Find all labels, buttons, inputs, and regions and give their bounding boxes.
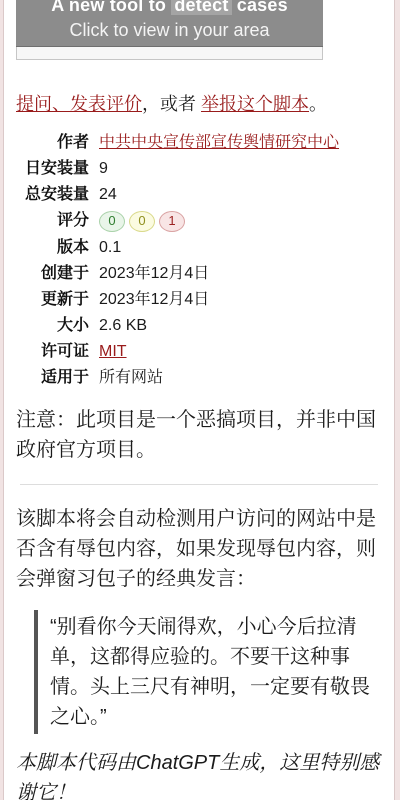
meta-row-author: 作者中共中央宣传部宣传舆情研究中心 [4,130,339,156]
meta-value-daily-installs: 9 [99,156,339,182]
description-paragraph: 该脚本将会自动检测用户访问的网站中是否含有辱包内容，如果发现辱包内容，则会弹窗习… [16,504,380,594]
ad-headline-suffix: cases [232,0,288,15]
meta-row-daily-installs: 日安装量9 [4,156,339,182]
meta-value-size: 2.6 KB [99,313,339,339]
rating-badge-bad: 1 [159,211,185,232]
meta-label-license: 许可证 [4,339,99,365]
meta-value-version: 0.1 [99,235,339,261]
post-feedback-link[interactable]: 提问、发表评价 [16,94,142,114]
meta-row-license: 许可证MIT [4,339,339,365]
script-page-panel: A new tool to detect cases Click to view… [3,0,395,800]
script-meta-table: 作者中共中央宣传部宣传舆情研究中心日安装量9总安装量24评分001版本0.1创建… [4,130,339,391]
meta-row-ratings: 评分001 [4,208,339,235]
meta-label-total-installs: 总安装量 [4,182,99,208]
meta-value-total-installs: 24 [99,182,339,208]
meta-row-total-installs: 总安装量24 [4,182,339,208]
meta-value-applies-to: 所有网站 [99,365,339,391]
ad-footer-strip [16,47,323,60]
section-divider [20,484,378,485]
feedback-separator-text: ，或者 [142,94,201,114]
meta-label-applies-to: 适用于 [4,365,99,391]
meta-value-license: MIT [99,339,339,365]
license-link[interactable]: MIT [99,343,127,360]
meta-value-ratings: 001 [99,208,339,235]
rating-badge-good: 0 [99,211,125,232]
meta-row-applies-to: 适用于所有网站 [4,365,339,391]
meta-label-version: 版本 [4,235,99,261]
ad-headline: A new tool to detect cases [16,0,323,17]
credit-paragraph: 本脚本代码由ChatGPT生成，这里特别感谢它！ [16,748,380,800]
report-script-link[interactable]: 举报这个脚本 [201,94,309,114]
meta-row-updated: 更新于2023年12月4日 [4,287,339,313]
meta-value-updated: 2023年12月4日 [99,287,339,313]
feedback-period: 。 [309,94,327,114]
ad-headline-prefix: A new tool to [51,0,171,15]
meta-label-size: 大小 [4,313,99,339]
feedback-line: 提问、发表评价，或者 举报这个脚本。 [16,93,384,115]
ad-banner-body[interactable]: A new tool to detect cases Click to view… [16,0,323,47]
quote-block: “别看你今天闹得欢，小心今后拉清单，这都得应验的。不要干这种事情。头上三尺有神明… [34,610,374,734]
author-link[interactable]: 中共中央宣传部宣传舆情研究中心 [99,134,339,151]
meta-label-updated: 更新于 [4,287,99,313]
meta-row-version: 版本0.1 [4,235,339,261]
note-paragraph: 注意：此项目是一个恶搞项目，并非中国政府官方项目。 [16,405,380,465]
meta-value-created: 2023年12月4日 [99,261,339,287]
meta-label-author: 作者 [4,130,99,156]
ad-subline: Click to view in your area [16,17,323,43]
meta-value-author: 中共中央宣传部宣传舆情研究中心 [99,130,339,156]
ad-headline-highlight: detect [171,0,231,15]
meta-label-daily-installs: 日安装量 [4,156,99,182]
meta-label-created: 创建于 [4,261,99,287]
meta-row-size: 大小2.6 KB [4,313,339,339]
rating-badge-ok: 0 [129,211,155,232]
ad-banner[interactable]: A new tool to detect cases Click to view… [16,0,323,60]
meta-label-ratings: 评分 [4,208,99,235]
meta-row-created: 创建于2023年12月4日 [4,261,339,287]
